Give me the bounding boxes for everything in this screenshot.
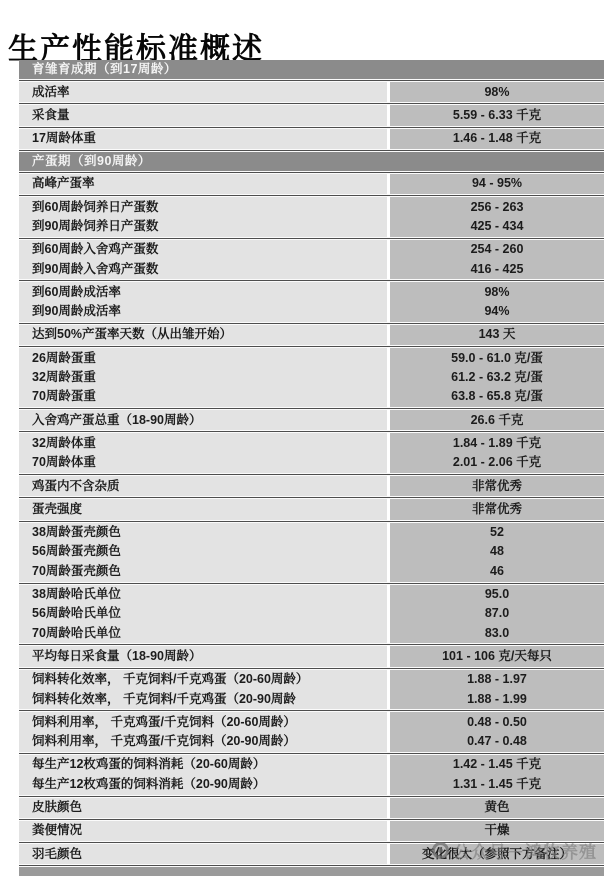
label-line: 平均每日采食量（18-90周龄） (32, 647, 381, 666)
table-row: 成活率98% (19, 82, 604, 102)
value-line: 5.59 - 6.33 千克 (390, 106, 604, 125)
value-line: 143 天 (390, 325, 604, 344)
label-line: 38周龄蛋壳颜色 (32, 523, 381, 542)
label-line: 32周龄蛋重 (32, 368, 381, 387)
value-line: 94 - 95% (390, 174, 604, 193)
row-value: 干燥 (390, 821, 604, 841)
table-row: 羽毛颜色变化很大（参照下方备注） (19, 844, 604, 864)
value-line: 1.46 - 1.48 千克 (390, 129, 604, 148)
row-label: 饲料利用率， 千克鸡蛋/千克饲料（20-60周龄）饲料利用率， 千克鸡蛋/千克饲… (19, 712, 387, 752)
row-label: 32周龄体重70周龄体重 (19, 433, 387, 473)
row-label: 26周龄蛋重32周龄蛋重70周龄蛋重 (19, 348, 387, 407)
label-line: 17周龄体重 (32, 129, 381, 148)
table-row: 粪便情况干燥 (19, 821, 604, 841)
label-line: 70周龄蛋壳颜色 (32, 562, 381, 581)
label-line: 每生产12枚鸡蛋的饲料消耗（20-60周龄） (32, 755, 381, 774)
value-line: 59.0 - 61.0 克/蛋 (390, 349, 604, 368)
value-line: 非常优秀 (390, 500, 604, 519)
value-line: 26.6 千克 (390, 411, 604, 430)
table-row: 皮肤颜色黄色 (19, 798, 604, 818)
table-row: 入舍鸡产蛋总重（18-90周龄）26.6 千克 (19, 410, 604, 430)
table-row: 饲料转化效率， 千克饲料/千克鸡蛋（20-60周龄）饲料转化效率， 千克饲料/千… (19, 670, 604, 710)
row-value: 1.88 - 1.971.88 - 1.99 (390, 670, 604, 710)
value-line: 416 - 425 (390, 260, 604, 279)
table-row: 到60周龄入舍鸡产蛋数到90周龄入舍鸡产蛋数254 - 260416 - 425 (19, 240, 604, 280)
table-row: 到60周龄饲养日产蛋数到90周龄饲养日产蛋数256 - 263425 - 434 (19, 197, 604, 237)
value-line: 94% (390, 302, 604, 321)
row-value: 256 - 263425 - 434 (390, 197, 604, 237)
value-line: 干燥 (390, 821, 604, 840)
value-line: 1.84 - 1.89 千克 (390, 434, 604, 453)
table-row: 采食量5.59 - 6.33 千克 (19, 105, 604, 125)
value-line: 256 - 263 (390, 198, 604, 217)
row-value: 26.6 千克 (390, 410, 604, 430)
row-value: 95.087.083.0 (390, 585, 604, 644)
row-value: 1.46 - 1.48 千克 (390, 129, 604, 149)
section-header: 产蛋期（到90周龄） (19, 152, 604, 171)
value-line: 63.8 - 65.8 克/蛋 (390, 387, 604, 406)
table-row: 蛋壳强度非常优秀 (19, 499, 604, 519)
table-row: 饲料利用率， 千克鸡蛋/千克饲料（20-60周龄）饲料利用率， 千克鸡蛋/千克饲… (19, 712, 604, 752)
table-row: 鸡蛋内不含杂质非常优秀 (19, 476, 604, 496)
row-label: 到60周龄入舍鸡产蛋数到90周龄入舍鸡产蛋数 (19, 240, 387, 280)
label-line: 到60周龄成活率 (32, 283, 381, 302)
value-line: 87.0 (390, 604, 604, 623)
value-line: 1.31 - 1.45 千克 (390, 775, 604, 794)
label-line: 32周龄体重 (32, 434, 381, 453)
label-line: 羽毛颜色 (32, 845, 381, 864)
row-label: 高峰产蛋率 (19, 174, 387, 194)
label-line: 70周龄蛋重 (32, 387, 381, 406)
value-line: 1.88 - 1.97 (390, 670, 604, 689)
row-value: 1.84 - 1.89 千克2.01 - 2.06 千克 (390, 433, 604, 473)
value-line: 98% (390, 283, 604, 302)
row-value: 0.48 - 0.500.47 - 0.48 (390, 712, 604, 752)
row-label: 达到50%产蛋率天数（从出雏开始） (19, 325, 387, 345)
row-value: 94 - 95% (390, 174, 604, 194)
label-line: 26周龄蛋重 (32, 349, 381, 368)
row-value: 98%94% (390, 282, 604, 322)
label-line: 56周龄蛋壳颜色 (32, 542, 381, 561)
row-label: 采食量 (19, 105, 387, 125)
value-line: 黄色 (390, 798, 604, 817)
value-line: 1.88 - 1.99 (390, 690, 604, 709)
table-row: 26周龄蛋重32周龄蛋重70周龄蛋重59.0 - 61.0 克/蛋61.2 - … (19, 348, 604, 407)
value-line: 0.48 - 0.50 (390, 713, 604, 732)
label-line: 到90周龄饲养日产蛋数 (32, 217, 381, 236)
row-label: 皮肤颜色 (19, 798, 387, 818)
value-line: 98% (390, 83, 604, 102)
row-label: 38周龄蛋壳颜色56周龄蛋壳颜色70周龄蛋壳颜色 (19, 523, 387, 582)
label-line: 高峰产蛋率 (32, 174, 381, 193)
row-value: 黄色 (390, 798, 604, 818)
row-label: 蛋壳强度 (19, 499, 387, 519)
label-line: 70周龄哈氏单位 (32, 624, 381, 643)
row-value: 524846 (390, 523, 604, 582)
value-line: 46 (390, 562, 604, 581)
table-bottom-bar (19, 867, 604, 876)
value-line: 0.47 - 0.48 (390, 732, 604, 751)
section-header: 育雏育成期（到17周龄） (19, 60, 604, 79)
table-row: 32周龄体重70周龄体重1.84 - 1.89 千克2.01 - 2.06 千克 (19, 433, 604, 473)
value-line: 2.01 - 2.06 千克 (390, 453, 604, 472)
row-label: 入舍鸡产蛋总重（18-90周龄） (19, 410, 387, 430)
label-line: 到60周龄入舍鸡产蛋数 (32, 240, 381, 259)
row-label: 鸡蛋内不含杂质 (19, 476, 387, 496)
table-row: 17周龄体重1.46 - 1.48 千克 (19, 129, 604, 149)
table-row: 38周龄蛋壳颜色56周龄蛋壳颜色70周龄蛋壳颜色524846 (19, 523, 604, 582)
value-line: 1.42 - 1.45 千克 (390, 755, 604, 774)
label-line: 鸡蛋内不含杂质 (32, 477, 381, 496)
label-line: 成活率 (32, 83, 381, 102)
row-value: 59.0 - 61.0 克/蛋61.2 - 63.2 克/蛋63.8 - 65.… (390, 348, 604, 407)
label-line: 56周龄哈氏单位 (32, 604, 381, 623)
value-line: 52 (390, 523, 604, 542)
label-line: 饲料转化效率， 千克饲料/千克鸡蛋（20-90周龄 (32, 690, 381, 709)
value-line: 非常优秀 (390, 477, 604, 496)
label-line: 饲料转化效率， 千克饲料/千克鸡蛋（20-60周龄） (32, 670, 381, 689)
row-label: 到60周龄成活率到90周龄成活率 (19, 282, 387, 322)
row-value: 非常优秀 (390, 499, 604, 519)
label-line: 到60周龄饲养日产蛋数 (32, 198, 381, 217)
row-value: 98% (390, 82, 604, 102)
row-label: 饲料转化效率， 千克饲料/千克鸡蛋（20-60周龄）饲料转化效率， 千克饲料/千… (19, 670, 387, 710)
value-line: 变化很大（参照下方备注） (390, 845, 604, 864)
value-line: 95.0 (390, 585, 604, 604)
standards-table: 育雏育成期（到17周龄）成活率98%采食量5.59 - 6.33 千克17周龄体… (19, 60, 604, 876)
table-row: 平均每日采食量（18-90周龄）101 - 106 克/天每只 (19, 646, 604, 666)
table-row: 每生产12枚鸡蛋的饲料消耗（20-60周龄）每生产12枚鸡蛋的饲料消耗（20-9… (19, 755, 604, 795)
label-line: 皮肤颜色 (32, 798, 381, 817)
row-label: 粪便情况 (19, 821, 387, 841)
row-value: 101 - 106 克/天每只 (390, 646, 604, 666)
label-line: 饲料利用率， 千克鸡蛋/千克饲料（20-60周龄） (32, 713, 381, 732)
row-value: 变化很大（参照下方备注） (390, 844, 604, 864)
label-line: 采食量 (32, 106, 381, 125)
row-label: 38周龄哈氏单位56周龄哈氏单位70周龄哈氏单位 (19, 585, 387, 644)
table-row: 38周龄哈氏单位56周龄哈氏单位70周龄哈氏单位95.087.083.0 (19, 585, 604, 644)
row-label: 成活率 (19, 82, 387, 102)
row-label: 平均每日采食量（18-90周龄） (19, 646, 387, 666)
label-line: 到90周龄成活率 (32, 302, 381, 321)
label-line: 38周龄哈氏单位 (32, 585, 381, 604)
label-line: 每生产12枚鸡蛋的饲料消耗（20-90周龄） (32, 775, 381, 794)
table-row: 高峰产蛋率94 - 95% (19, 174, 604, 194)
value-line: 254 - 260 (390, 240, 604, 259)
value-line: 48 (390, 542, 604, 561)
label-line: 入舍鸡产蛋总重（18-90周龄） (32, 411, 381, 430)
label-line: 粪便情况 (32, 821, 381, 840)
row-label: 羽毛颜色 (19, 844, 387, 864)
value-line: 425 - 434 (390, 217, 604, 236)
row-value: 1.42 - 1.45 千克1.31 - 1.45 千克 (390, 755, 604, 795)
row-value: 5.59 - 6.33 千克 (390, 105, 604, 125)
table-row: 到60周龄成活率到90周龄成活率98%94% (19, 282, 604, 322)
value-line: 101 - 106 克/天每只 (390, 647, 604, 666)
row-value: 非常优秀 (390, 476, 604, 496)
row-label: 每生产12枚鸡蛋的饲料消耗（20-60周龄）每生产12枚鸡蛋的饲料消耗（20-9… (19, 755, 387, 795)
row-label: 17周龄体重 (19, 129, 387, 149)
label-line: 达到50%产蛋率天数（从出雏开始） (32, 325, 381, 344)
label-line: 到90周龄入舍鸡产蛋数 (32, 260, 381, 279)
row-label: 到60周龄饲养日产蛋数到90周龄饲养日产蛋数 (19, 197, 387, 237)
label-line: 70周龄体重 (32, 453, 381, 472)
value-line: 61.2 - 63.2 克/蛋 (390, 368, 604, 387)
table-row: 达到50%产蛋率天数（从出雏开始）143 天 (19, 325, 604, 345)
label-line: 饲料利用率， 千克鸡蛋/千克饲料（20-90周龄） (32, 732, 381, 751)
value-line: 83.0 (390, 624, 604, 643)
row-value: 254 - 260416 - 425 (390, 240, 604, 280)
label-line: 蛋壳强度 (32, 500, 381, 519)
row-value: 143 天 (390, 325, 604, 345)
document-page: 生产性能标准概述 育雏育成期（到17周龄）成活率98%采食量5.59 - 6.3… (0, 0, 616, 878)
